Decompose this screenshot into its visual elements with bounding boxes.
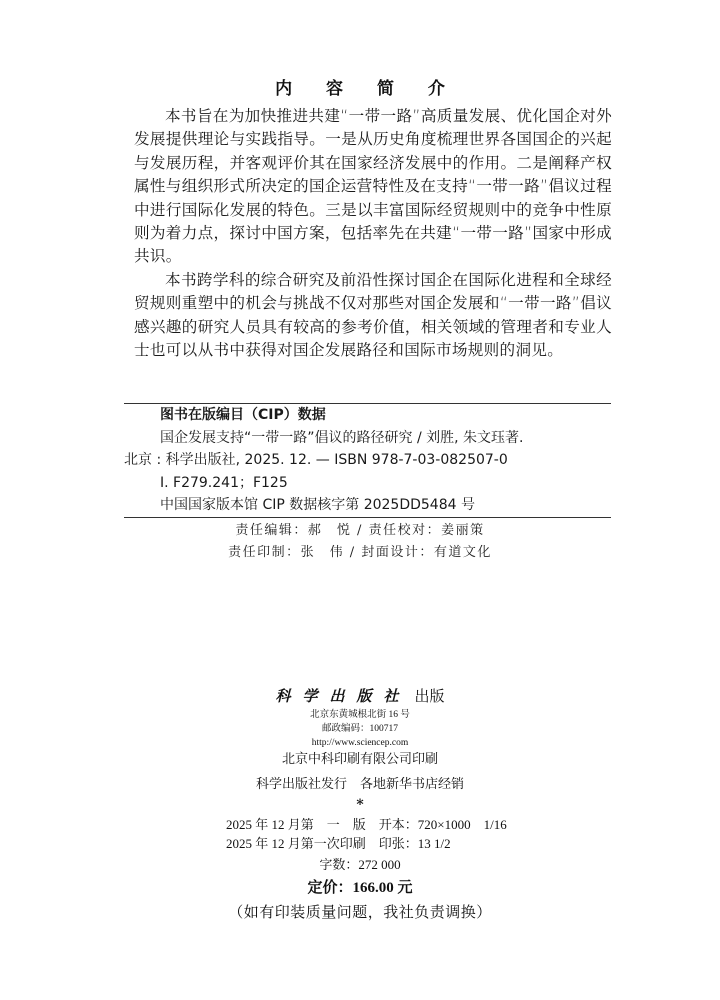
summary-title: 内 容 简 介 (0, 74, 720, 99)
summary-paragraph-1: 本书旨在为加快推进共建“一带一路”高质量发展、优化国企对外发展提供理论与实践指导… (134, 105, 612, 269)
cip-publisher-line: 北京 : 科学出版社, 2025. 12. — ISBN 978-7-03-08… (124, 449, 611, 472)
publisher-website: http://www.sciencep.com (0, 736, 720, 750)
word-count: 字数：272 000 (0, 855, 720, 874)
staff-line-editors: 责任编辑：郝 悦 / 责任校对：姜丽策 (0, 520, 720, 542)
staff-line-production: 责任印制：张 伟 / 封面设计：有道文化 (0, 542, 720, 564)
summary-body: 本书旨在为加快推进共建“一带一路”高质量发展、优化国企对外发展提供理论与实践指导… (134, 105, 612, 362)
publisher-suffix: 出版 (415, 689, 445, 705)
cip-classification-line: Ⅰ. F279.241；F125 (124, 472, 611, 495)
impression-line: 2025 年 12 月第一次印刷 印张：13 1/2 (226, 834, 507, 853)
summary-paragraph-2: 本书跨学科的综合研究及前沿性探讨国企在国际化进程和全球经贸规则重塑中的机会与挑战… (134, 269, 612, 363)
cip-bottom-rule (124, 517, 611, 518)
cip-record-number: 中国国家版本馆 CIP 数据核字第 2025DD5484 号 (124, 494, 611, 517)
publisher-address: 北京东黄城根北街 16 号 (0, 708, 720, 722)
cip-title-line: 国企发展支持“一带一路”倡议的路径研究 / 刘胜, 朱文珏著. (124, 427, 611, 450)
price: 定价：166.00 元 (0, 876, 720, 897)
quality-notice: （如有印装质量问题，我社负责调换） (0, 901, 720, 922)
staff-credits: 责任编辑：郝 悦 / 责任校对：姜丽策 责任印制：张 伟 / 封面设计：有道文化 (0, 520, 720, 564)
cip-block: 图书在版编目（CIP）数据 国企发展支持“一带一路”倡议的路径研究 / 刘胜, … (124, 404, 611, 517)
separator-asterisk: * (0, 797, 720, 813)
imprint-block: 2025 年 12 月第 一 版 开本：720×1000 1/16 2025 年… (226, 815, 507, 853)
publisher-postcode: 邮政编码：100717 (0, 722, 720, 736)
publisher-logo: 科学出版社 (275, 687, 410, 705)
publisher-block: 科学出版社出版 北京东黄城根北街 16 号 邮政编码：100717 http:/… (0, 685, 720, 750)
printer-line: 北京中科印刷有限公司印刷 (0, 750, 720, 770)
cip-heading: 图书在版编目（CIP）数据 (124, 404, 611, 427)
edition-line: 2025 年 12 月第 一 版 开本：720×1000 1/16 (226, 815, 507, 834)
distribution-line: 科学出版社发行 各地新华书店经销 (0, 775, 720, 795)
